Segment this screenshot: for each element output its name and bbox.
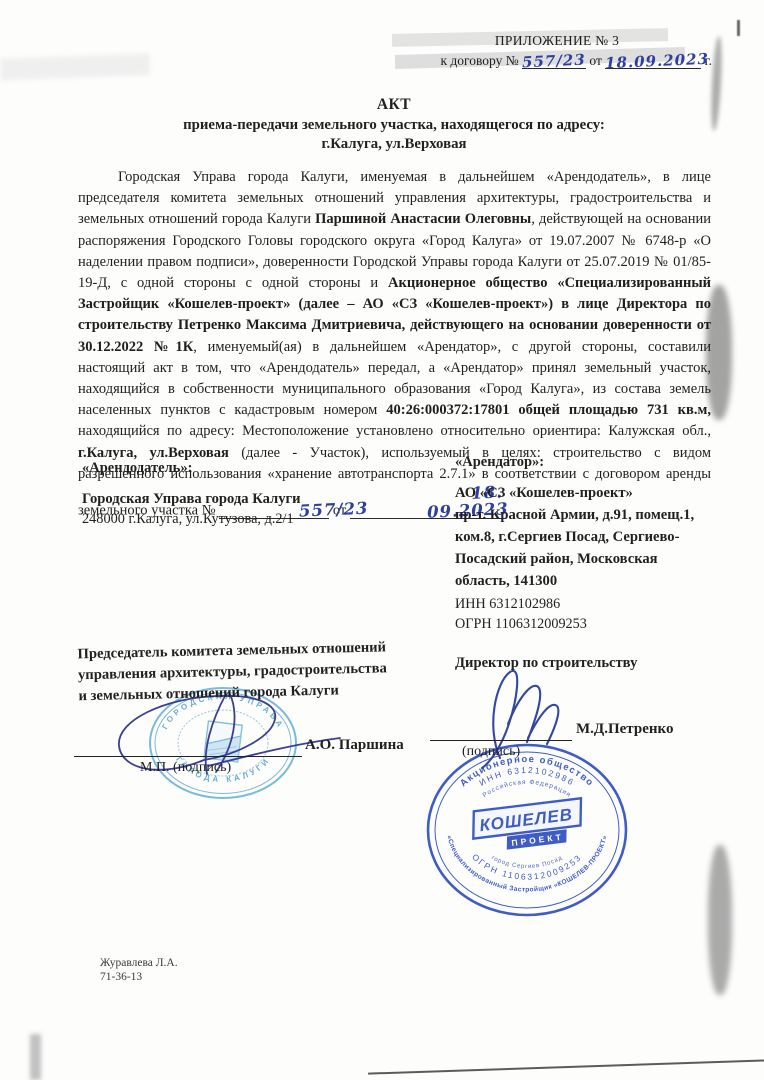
executor-footer: Журавлева Л.А. 71-36-13 (100, 956, 178, 984)
contract-reference-line: к договору № 557/23 от 18.09.2023 г. (402, 53, 712, 69)
tenant-signature-line (430, 740, 572, 741)
from-word: от (589, 53, 601, 68)
landlord-representative-name: Паршиной Анастасии Олеговны (315, 211, 531, 227)
document-title: АКТ приема-передачи земельного участка, … (78, 96, 710, 153)
cadastral-number: 40:26:000372:17801 общей площадью 731 кв… (386, 402, 711, 418)
contract-number-blank: 557/23 (522, 53, 586, 69)
tenant-details: АО «СЗ «Кошелев-проект» пр-т. Красной Ар… (455, 482, 725, 592)
contract-number-handwritten: 557/23 (522, 53, 586, 71)
tenant-name: АО «СЗ «Кошелев-проект» (455, 482, 725, 504)
executor-phone: 71-36-13 (100, 970, 178, 984)
title-subject: приема-передачи земельного участка, нахо… (78, 117, 710, 134)
scan-smudge (737, 20, 740, 36)
tenant-label: «Арендатор»: (455, 454, 544, 471)
landlord-signatory-name: А.О. Паршина (305, 737, 404, 754)
paper-edge-line (368, 1059, 764, 1074)
appendix-label: ПРИЛОЖЕНИЕ № 3 (402, 33, 712, 49)
plot-address: г.Калуга, ул.Верховая (78, 445, 229, 461)
tenant-signatory-title: Директор по строительству (455, 655, 637, 672)
contract-date-handwritten: 18.09.2023 (605, 52, 710, 72)
tenant-address-line: Посадский район, Московская (455, 548, 725, 570)
title-act: АКТ (78, 96, 710, 114)
tenant-signatory-name: М.Д.Петренко (576, 721, 673, 738)
scan-streak (0, 53, 150, 80)
svg-text:Российская Федерация: Российская Федерация (482, 779, 573, 799)
koshelev-logo: КОШЕЛЕВ ПРОЕКТ (470, 798, 586, 853)
landlord-signature-line (74, 756, 302, 757)
tenant-signature-hint: (подпись) (462, 744, 520, 760)
scan-smudge (30, 1034, 41, 1080)
tenant-registration-ids: ИНН 6312102986 ОГРН 1106312009253 (455, 595, 587, 634)
landlord-signature-hint: М.П. (подпись) (140, 760, 231, 776)
landlord-details: Городская Управа города Калуги 248000 г.… (82, 490, 301, 529)
paragraph-text: находящийся по адресу: Местоположение ус… (78, 423, 711, 439)
landlord-signatory-title: Председатель комитета земельных отношени… (77, 636, 458, 708)
landlord-name: Городская Управа города Калуги (82, 490, 301, 510)
scan-smudge (708, 845, 732, 995)
tenant-inn: ИНН 6312102986 (455, 595, 587, 615)
contract-prefix: к договору № (441, 53, 519, 68)
landlord-address: 248000 г.Калуга, ул.Кутузова, д.2/1 (82, 510, 301, 530)
scanned-act-document: ПРИЛОЖЕНИЕ № 3 к договору № 557/23 от 18… (0, 0, 764, 1080)
tenant-address-line: пр-т. Красной Армии, д.91, помещ.1, (455, 504, 725, 526)
koshelev-stamp-federation: Российская Федерация (482, 779, 573, 799)
tenant-ogrn: ОГРН 1106312009253 (455, 615, 587, 635)
title-address: г.Калуга, ул.Верховая (78, 136, 710, 153)
tenant-address-line: ком.8, г.Сергиев Посад, Сергиево- (455, 526, 725, 548)
appendix-header: ПРИЛОЖЕНИЕ № 3 к договору № 557/23 от 18… (402, 33, 712, 69)
executor-name: Журавлева Л.А. (100, 956, 178, 970)
tenant-address-line: область, 141300 (455, 570, 725, 592)
landlord-label: «Арендодатель»: (82, 460, 192, 477)
contract-date-blank: 18.09.2023 (605, 53, 701, 69)
